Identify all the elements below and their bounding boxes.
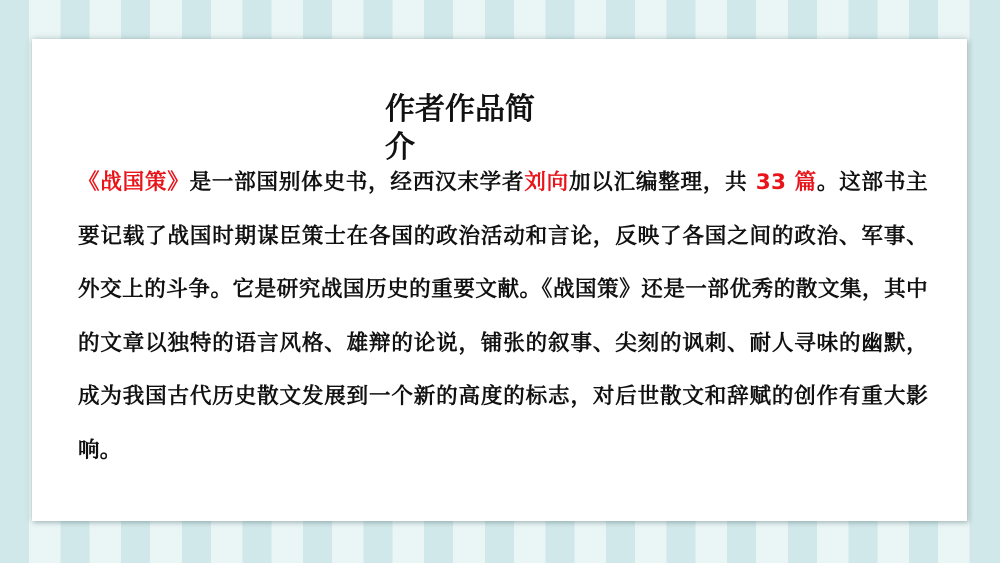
background-stripe-edge-left	[0, 0, 29, 563]
book-title-highlight: 《战国策》	[78, 170, 190, 195]
intro-paragraph: 《战国策》是一部国别体史书，经西汉末学者刘向加以汇编整理，共 33 篇。这部书主…	[78, 156, 928, 477]
content-card: 作者作品简介 《战国策》是一部国别体史书，经西汉末学者刘向加以汇编整理，共 33…	[32, 39, 967, 521]
chapter-count-highlight: 33 篇	[756, 170, 817, 195]
background-stripe-edge-right	[973, 0, 1000, 563]
paragraph-text: 是一部国别体史书，经西汉末学者	[190, 170, 525, 195]
paragraph-text: 。这部书主要记载了战国时期谋臣策士在各国的政治活动和言论，反映了各国之间的政治、…	[78, 170, 928, 463]
author-name-highlight: 刘向	[524, 170, 569, 195]
paragraph-text: 加以汇编整理，共	[569, 170, 756, 195]
